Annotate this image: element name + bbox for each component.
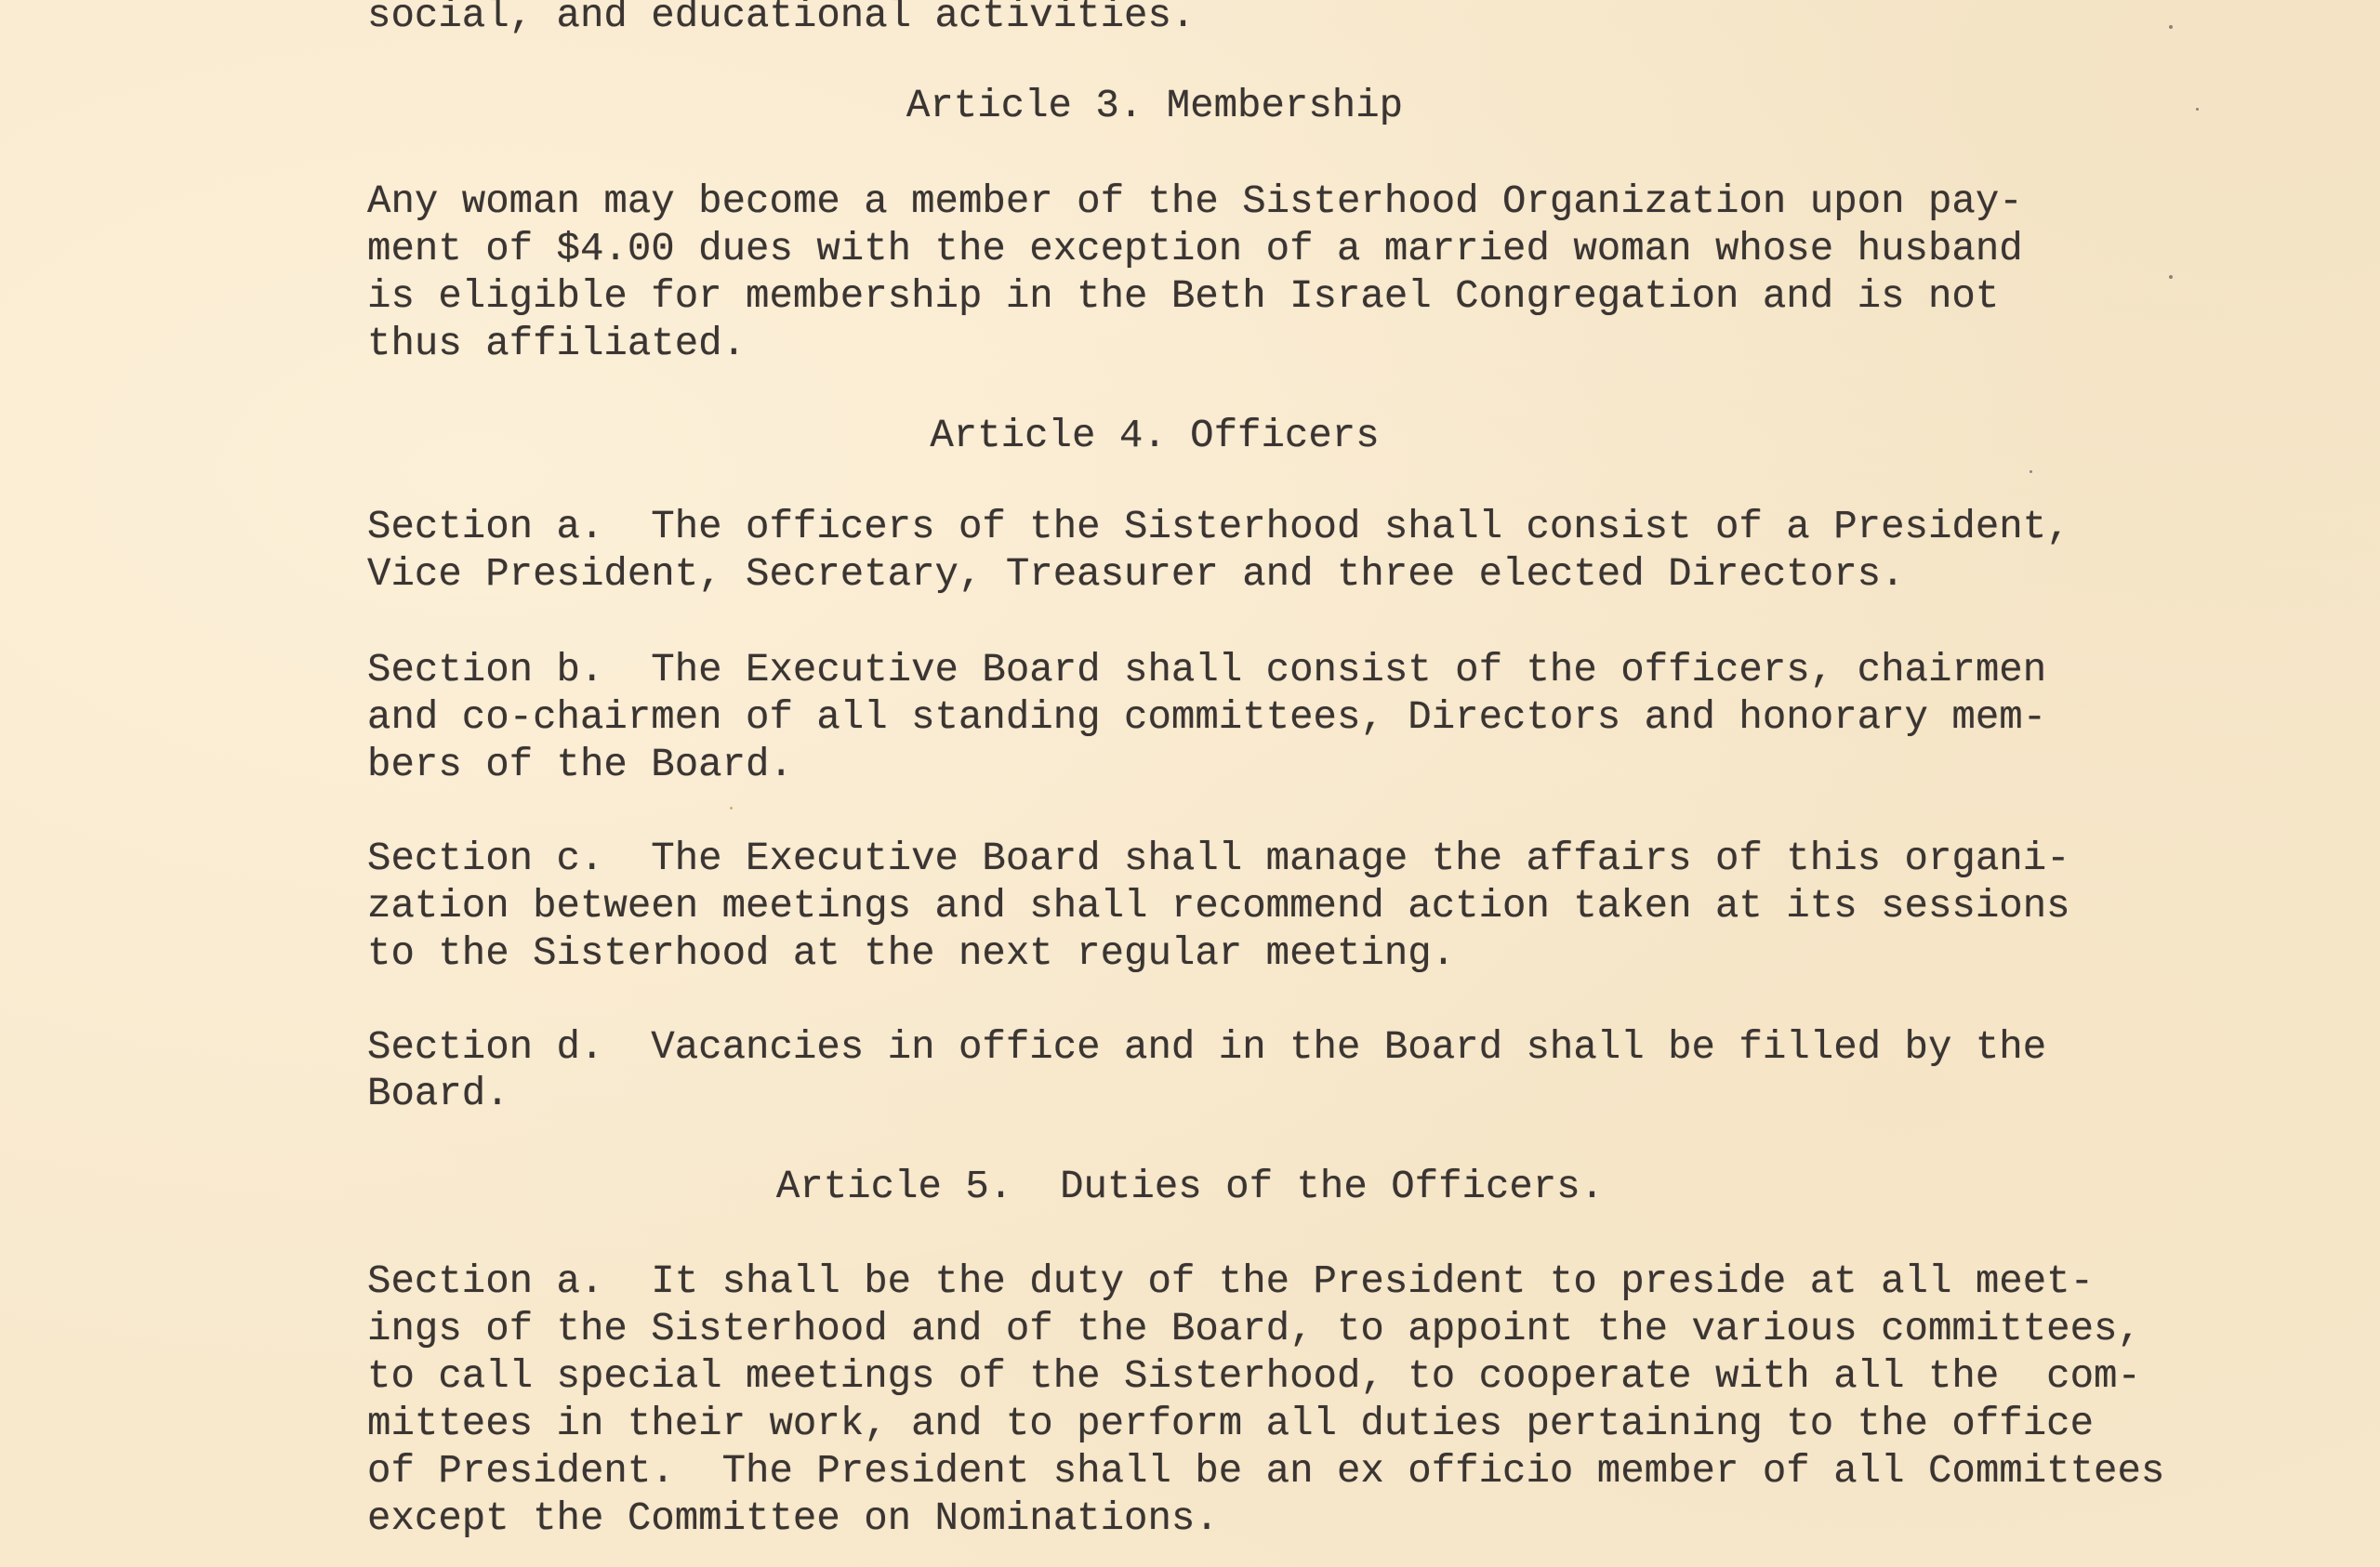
article-5-heading: Article 5. Duties of the Officers.	[0, 1164, 2380, 1211]
paper-speck	[2169, 25, 2173, 29]
paragraph-line: Any woman may become a member of the Sis…	[367, 178, 2023, 226]
paper-speck	[730, 807, 733, 810]
paragraph-line: thus affiliated.	[367, 321, 746, 368]
section-line: Section d. Vacancies in office and in th…	[367, 1024, 2046, 1072]
article-5-heading-text: Article 5. Duties of the Officers.	[776, 1164, 1604, 1211]
section-line: ings of the Sisterhood and of the Board,…	[367, 1306, 2141, 1353]
section-line: bers of the Board.	[367, 742, 793, 789]
section-line: mittees in their work, and to perform al…	[367, 1401, 2094, 1448]
section-line: zation between meetings and shall recomm…	[367, 883, 2070, 930]
continuation-line: social, and educational activities.	[367, 0, 1195, 40]
article-4-heading-text: Article 4. Officers	[930, 413, 1379, 460]
paper-speck	[2169, 275, 2173, 279]
article-4-heading: Article 4. Officers	[0, 413, 2380, 460]
section-line: to call special meetings of the Sisterho…	[367, 1353, 2141, 1401]
paragraph-line: ment of $4.00 dues with the exception of…	[367, 226, 2023, 273]
document-page: social, and educational activities. Arti…	[0, 0, 2380, 1567]
section-line: Section c. The Executive Board shall man…	[367, 836, 2070, 883]
section-line: of President. The President shall be an …	[367, 1448, 2164, 1495]
section-line: Section a. It shall be the duty of the P…	[367, 1258, 2094, 1306]
section-line: except the Committee on Nominations.	[367, 1495, 1219, 1543]
article-3-heading: Article 3. Membership	[0, 83, 2380, 130]
paper-speck	[2196, 108, 2199, 111]
section-line: Section a. The officers of the Sisterhoo…	[367, 504, 2070, 551]
section-line: Board.	[367, 1071, 509, 1118]
section-line: Vice President, Secretary, Treasurer and…	[367, 551, 1905, 599]
paper-speck	[2030, 470, 2032, 473]
paragraph-line: is eligible for membership in the Beth I…	[367, 273, 1999, 321]
section-line: Section b. The Executive Board shall con…	[367, 647, 2046, 694]
section-line: to the Sisterhood at the next regular me…	[367, 930, 1455, 978]
section-line: and co-chairmen of all standing committe…	[367, 694, 2046, 742]
article-3-heading-text: Article 3. Membership	[906, 83, 1403, 130]
